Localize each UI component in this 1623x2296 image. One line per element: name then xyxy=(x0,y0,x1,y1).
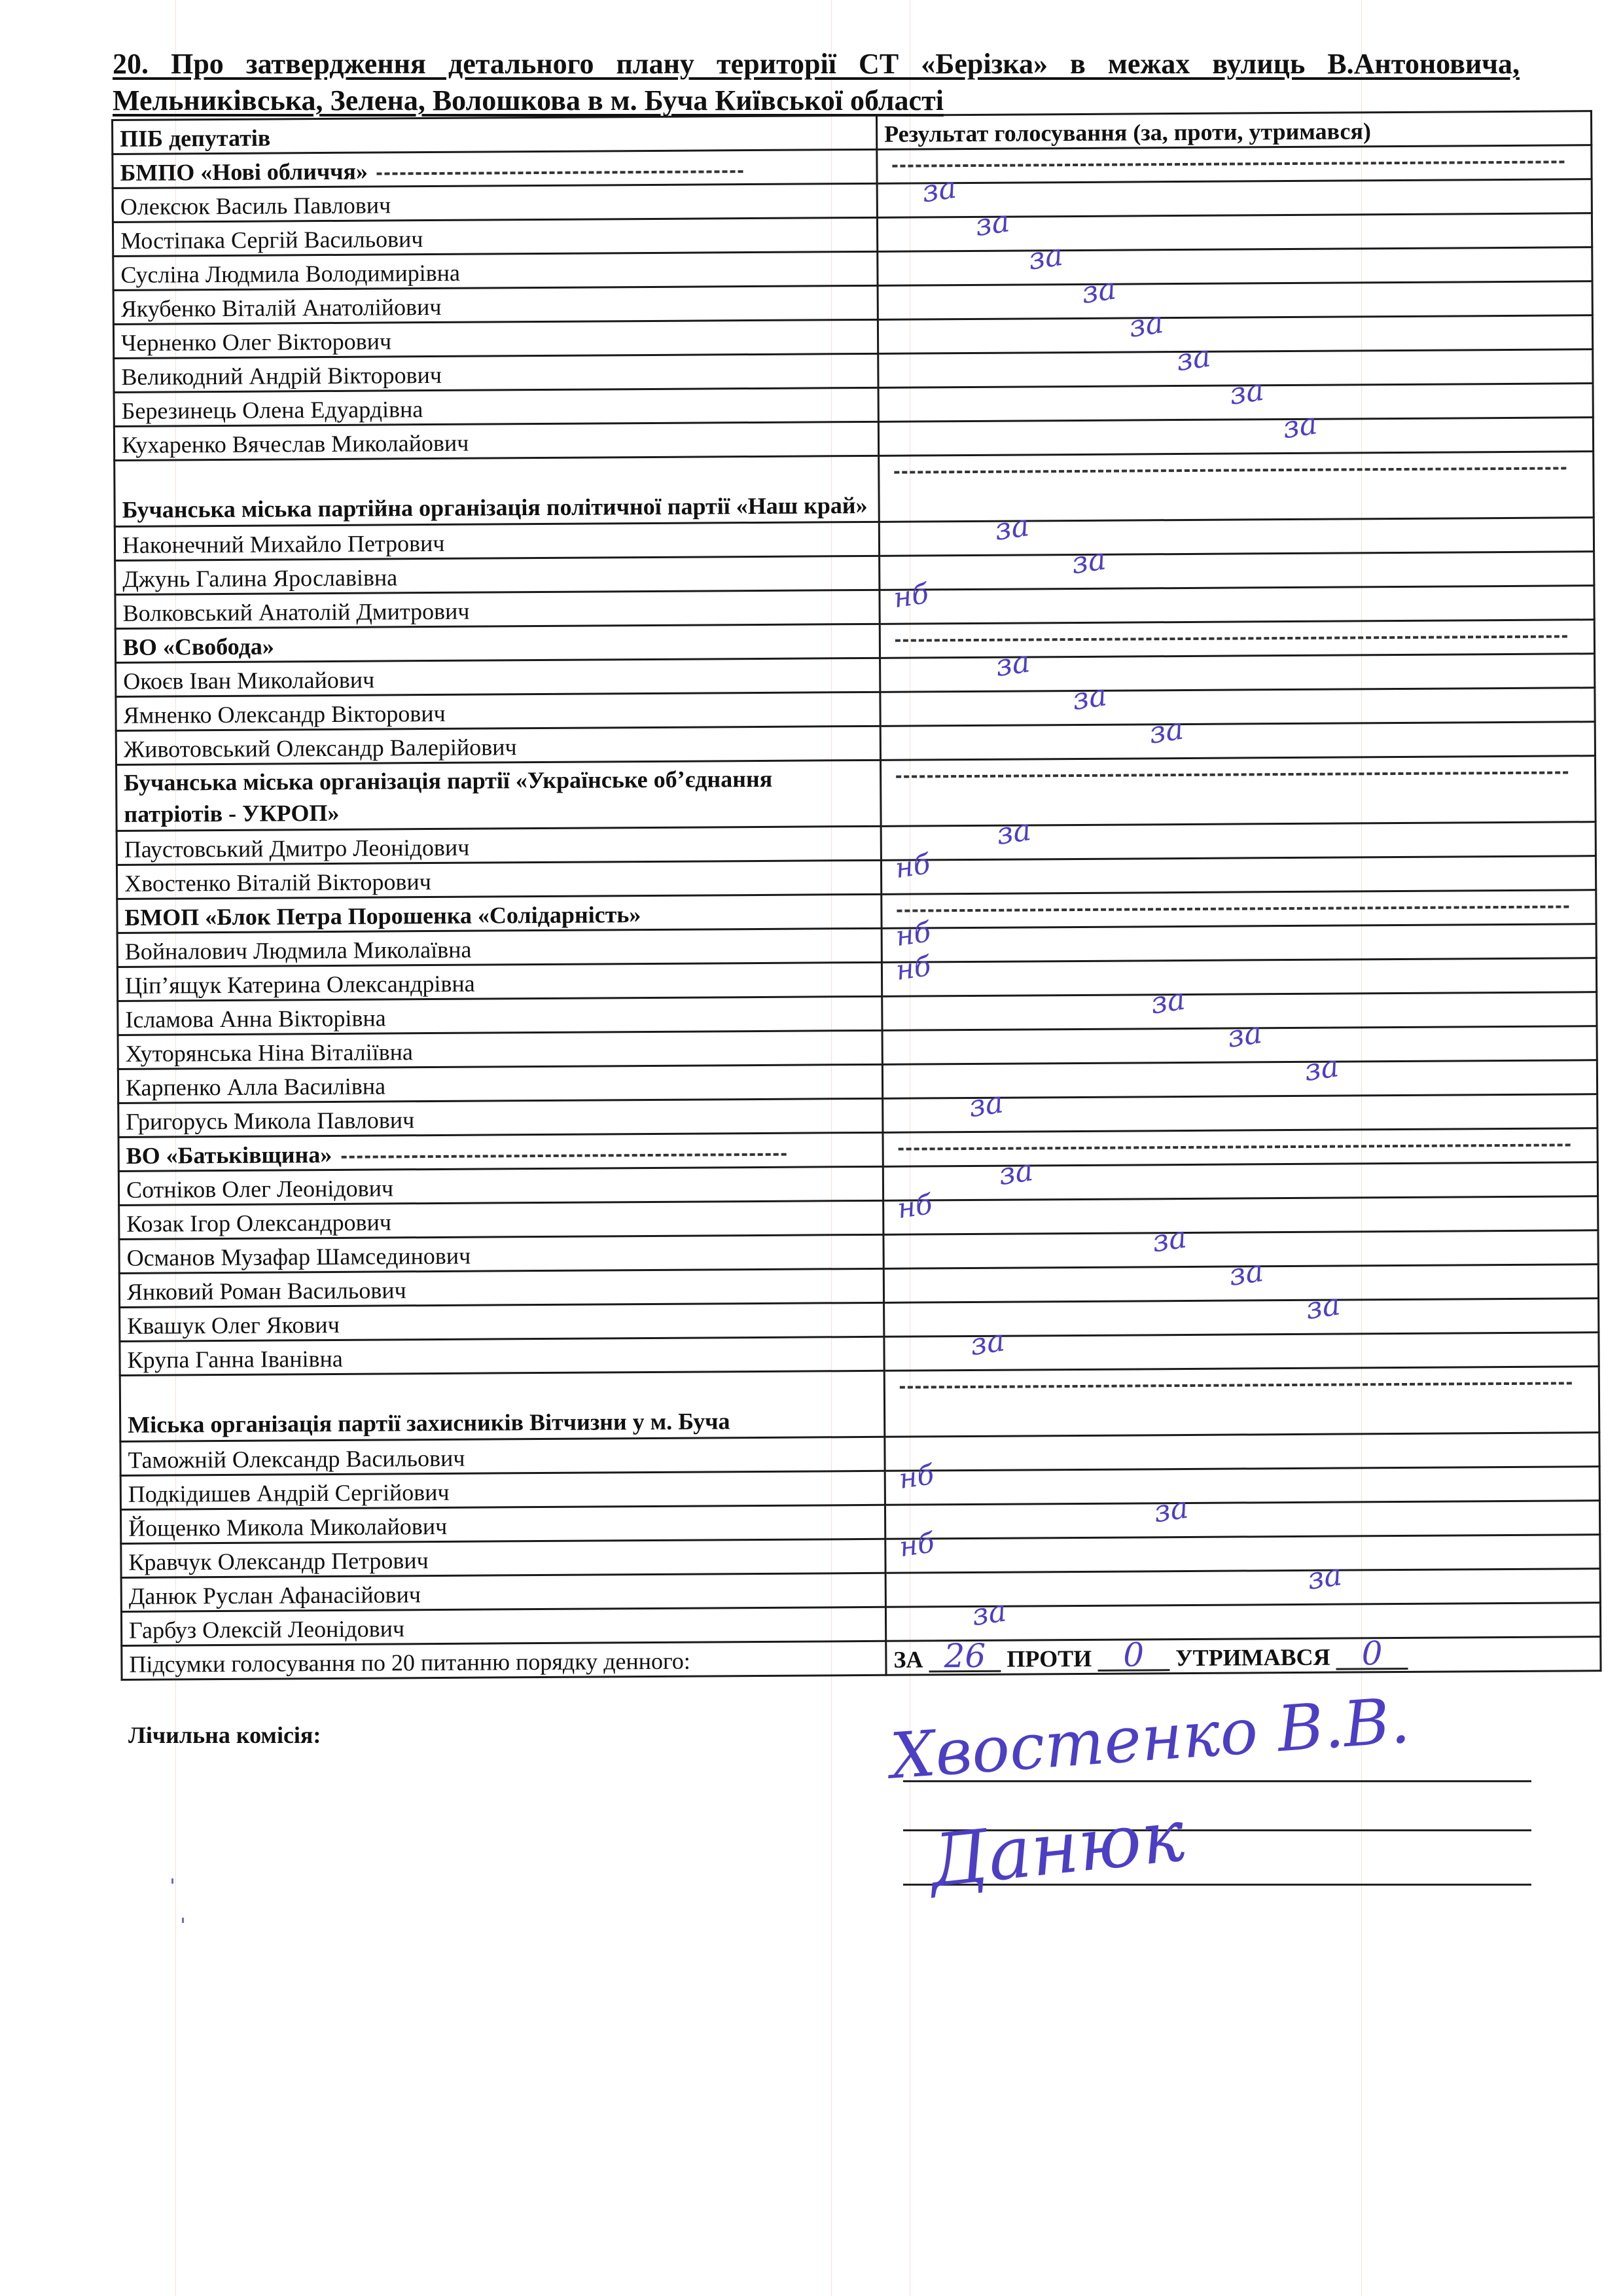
handwritten-for-mark: за xyxy=(1152,1493,1190,1526)
handwritten-absent-mark: нб xyxy=(894,918,933,951)
handwritten-for-mark: за xyxy=(1149,984,1186,1018)
deputy-name: Паустовський Дмитро Леонідович xyxy=(116,826,881,865)
handwritten-for-mark: за xyxy=(1302,1051,1340,1085)
deputy-name: Ямненко Олександр Вікторович xyxy=(116,692,880,730)
deputy-name: Волковський Анатолій Дмитрович xyxy=(115,590,880,628)
handwritten-absent-mark: нб xyxy=(893,850,932,883)
agenda-item-title: 20. Про затвердження детального плану те… xyxy=(113,46,1520,119)
handwritten-absent-mark: нб xyxy=(892,579,931,613)
vote-cell: за xyxy=(878,281,1592,320)
signature-2: Данюк xyxy=(925,1793,1188,1903)
handwritten-absent-mark: нб xyxy=(897,1528,936,1562)
abstain-count: 0 xyxy=(1336,1639,1408,1670)
deputy-name: Козак Ігор Олександрович xyxy=(119,1200,883,1239)
party-name: ВО «Свобода» xyxy=(115,624,880,662)
agenda-item-title-text: 20. Про затвердження детального плану те… xyxy=(113,48,1520,117)
deputy-name: Наконечний Михайло Петрович xyxy=(115,522,879,560)
deputy-name: Березинець Олена Едуардівна xyxy=(114,387,878,426)
vote-cell: за xyxy=(882,1026,1597,1065)
handwritten-absent-mark: нб xyxy=(897,1460,936,1494)
handwritten-for-mark: за xyxy=(1226,1018,1264,1051)
vote-cell: за xyxy=(880,552,1594,590)
deputy-name: Григорусь Микола Павлович xyxy=(118,1098,883,1137)
column-header-name: ПІБ депутатів xyxy=(113,115,877,154)
handwritten-absent-mark: нб xyxy=(894,952,933,985)
handwritten-for-mark: за xyxy=(1147,714,1185,747)
summary-totals: ЗА 26 ПРОТИ 0 УТРИМАВСЯ 0 xyxy=(886,1637,1601,1676)
party-name: БМОП «Блок Петра Порошенка «Солідарність… xyxy=(117,894,882,933)
dash-separator xyxy=(899,1143,1571,1150)
deputy-name: Османов Музафар Шамсединович xyxy=(119,1234,883,1273)
party-name-text: Бучанська міська партійна організація по… xyxy=(122,492,868,523)
deputy-name: Сотніков Олег Леонідович xyxy=(118,1166,883,1205)
party-name-text: ВО «Батьківщина» xyxy=(126,1141,332,1169)
party-result-cell xyxy=(882,890,1596,929)
scan-speck xyxy=(182,1918,184,1923)
deputy-name: Великодний Андрій Вікторович xyxy=(114,353,878,392)
handwritten-for-mark: за xyxy=(973,206,1011,240)
deputy-name: Мостіпака Сергій Васильович xyxy=(113,217,877,256)
handwritten-for-mark: за xyxy=(1080,274,1118,307)
vote-cell: за xyxy=(884,1333,1599,1371)
deputy-name: Хуторянська Ніна Віталіївна xyxy=(118,1030,882,1069)
handwritten-for-mark: за xyxy=(920,173,958,206)
deputy-name: Карпенко Алла Василівна xyxy=(118,1064,882,1103)
deputy-name: Якубенко Віталій Анатолійович xyxy=(113,285,878,324)
party-row: Бучанська міська організація партії «Укр… xyxy=(116,756,1596,831)
handwritten-for-mark: за xyxy=(995,815,1033,848)
handwritten-for-mark: за xyxy=(969,1325,1007,1359)
party-name: Бучанська міська організація партії «Укр… xyxy=(116,760,882,831)
vote-cell: за xyxy=(880,688,1595,726)
handwritten-for-mark: за xyxy=(1026,240,1064,274)
vote-cell: за xyxy=(880,722,1595,761)
party-result-cell xyxy=(879,452,1594,522)
party-name-text: БМПО «Нові обличчя» xyxy=(120,158,368,186)
party-result-cell xyxy=(877,145,1592,184)
party-name: ВО «Батьківщина» xyxy=(118,1132,883,1171)
signature-1: Хвостенко В.В. xyxy=(888,1683,1412,1793)
party-row: Міська організація партії захисників Віт… xyxy=(120,1367,1599,1442)
summary-label: Підсумки голосування по 20 питанню поряд… xyxy=(122,1641,886,1679)
deputy-name: Ціп’ящук Катерина Олександрівна xyxy=(117,962,882,1001)
handwritten-for-mark: за xyxy=(1150,1223,1188,1256)
vote-cell: нб xyxy=(882,958,1596,997)
deputy-name: Окоєв Іван Миколайович xyxy=(116,658,880,696)
deputy-name: Черненко Олег Вікторович xyxy=(113,319,878,358)
deputy-name: Кравчук Олександр Петрович xyxy=(121,1539,885,1577)
vote-cell: нб xyxy=(885,1535,1600,1573)
handwritten-for-mark: за xyxy=(1281,408,1319,442)
against-label: ПРОТИ xyxy=(1007,1645,1092,1672)
deputy-name: Олексюк Василь Павлович xyxy=(113,183,877,222)
vote-cell: нб xyxy=(882,924,1596,963)
vote-cell: нб xyxy=(880,586,1594,624)
handwritten-for-mark: за xyxy=(997,1155,1035,1189)
handwritten-for-mark: за xyxy=(1174,341,1212,374)
vote-cell: за xyxy=(885,1603,1600,1641)
party-name: Бучанська міська партійна організація по… xyxy=(115,456,880,526)
party-result-cell xyxy=(884,1367,1599,1437)
party-result-cell xyxy=(880,620,1594,658)
deputy-name: Джунь Галина Ярославівна xyxy=(115,556,880,594)
abstain-label: УТРИМАВСЯ xyxy=(1175,1644,1330,1671)
vote-cell xyxy=(885,1433,1599,1471)
party-result-cell xyxy=(883,1128,1597,1167)
handwritten-for-mark: за xyxy=(1227,1256,1265,1289)
vote-cell: за xyxy=(877,213,1592,252)
vote-cell: за xyxy=(883,1094,1597,1133)
deputy-name: Сусліна Людмила Володимирівна xyxy=(113,251,878,290)
deputy-name: Животовський Олександр Валерійович xyxy=(116,726,880,764)
deputy-name: Хвостенко Віталій Вікторович xyxy=(116,860,881,899)
deputy-name: Данюк Руслан Афанасійович xyxy=(121,1573,885,1611)
dash-separator xyxy=(894,467,1566,473)
party-name-text: БМОП «Блок Петра Порошенка «Солідарність… xyxy=(124,901,641,931)
vote-cell: за xyxy=(883,1162,1597,1201)
vote-cell: за xyxy=(878,418,1593,456)
party-name-text: Бучанська міська організація партії «Укр… xyxy=(124,766,772,827)
voting-table: ПІБ депутатів Результат голосування (за,… xyxy=(111,110,1602,1681)
vote-cell: за xyxy=(881,822,1596,861)
dash-separator xyxy=(900,1382,1572,1388)
handwritten-for-mark: за xyxy=(1304,1289,1342,1323)
dash-separator xyxy=(377,170,743,175)
vote-cell: за xyxy=(880,654,1595,692)
handwritten-for-mark: за xyxy=(993,647,1031,680)
vote-cell: за xyxy=(878,384,1593,422)
counting-commission-label: Лічильна комісія: xyxy=(128,1721,321,1749)
party-name-text: Міська організація партії захисників Віт… xyxy=(128,1408,730,1438)
handwritten-absent-mark: нб xyxy=(895,1190,934,1223)
handwritten-for-mark: за xyxy=(1071,680,1109,713)
vote-cell: за xyxy=(885,1501,1599,1539)
party-name: БМПО «Нові обличчя» xyxy=(113,149,877,188)
handwritten-for-mark: за xyxy=(970,1596,1008,1629)
vote-cell: за xyxy=(879,518,1594,556)
dash-separator xyxy=(897,905,1569,912)
dash-separator xyxy=(896,771,1568,778)
for-label: ЗА xyxy=(893,1646,923,1672)
vote-cell: за xyxy=(883,1265,1598,1303)
deputy-name: Квашук Олег Якович xyxy=(120,1302,884,1341)
dash-separator xyxy=(892,160,1564,167)
vote-cell: за xyxy=(878,247,1592,286)
deputy-name: Янковий Роман Васильович xyxy=(119,1268,883,1307)
handwritten-for-mark: за xyxy=(1228,375,1266,408)
deputy-name: Кухаренко Вячеслав Миколайович xyxy=(114,422,878,460)
deputy-name: Крупа Ганна Іванівна xyxy=(120,1336,884,1375)
for-count: 26 xyxy=(929,1641,1001,1673)
handwritten-for-mark: за xyxy=(1306,1560,1344,1593)
deputy-name: Гарбуз Олексій Леонідович xyxy=(121,1607,885,1645)
party-name-text: ВО «Свобода» xyxy=(123,633,274,660)
vote-cell: за xyxy=(878,315,1592,354)
dash-separator xyxy=(895,635,1567,641)
deputy-name: Войналович Людмила Миколаївна xyxy=(117,928,882,967)
party-name: Міська організація партії захисників Віт… xyxy=(120,1371,885,1441)
handwritten-for-mark: за xyxy=(1069,544,1107,577)
vote-cell: нб xyxy=(883,1196,1598,1235)
party-result-cell xyxy=(881,756,1596,827)
deputy-name: Йощенко Микола Миколайович xyxy=(120,1505,885,1543)
vote-cell: нб xyxy=(881,856,1596,895)
column-header-result: Результат голосування (за, проти, утрима… xyxy=(876,111,1591,150)
deputy-name: Таможній Олександр Васильович xyxy=(120,1437,885,1475)
against-count: 0 xyxy=(1097,1640,1169,1672)
deputy-name: Подкідишев Андрій Сергійович xyxy=(120,1471,885,1509)
party-row: Бучанська міська партійна організація по… xyxy=(115,452,1594,527)
handwritten-for-mark: за xyxy=(1127,308,1165,341)
vote-cell: нб xyxy=(885,1467,1599,1505)
handwritten-for-mark: за xyxy=(993,511,1031,544)
deputy-name: Ісламова Анна Вікторівна xyxy=(118,996,882,1035)
scan-speck xyxy=(171,1878,173,1884)
handwritten-for-mark: за xyxy=(967,1087,1005,1121)
dash-separator xyxy=(341,1153,786,1158)
